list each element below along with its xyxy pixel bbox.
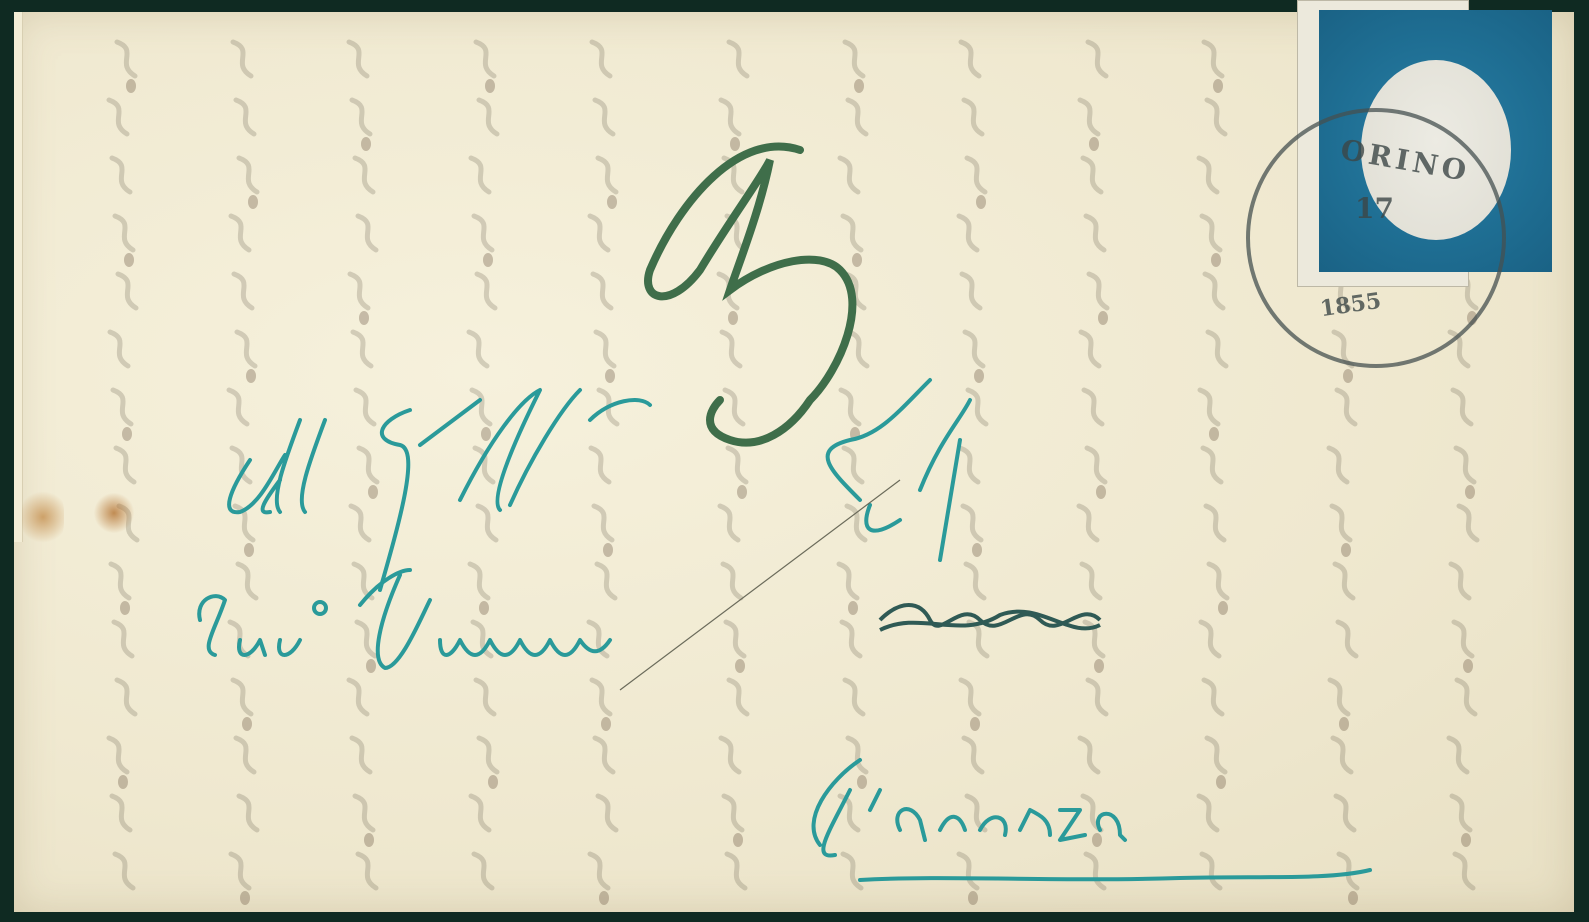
- handwriting-layer: [0, 0, 1589, 922]
- rating-mark-3: [648, 147, 852, 443]
